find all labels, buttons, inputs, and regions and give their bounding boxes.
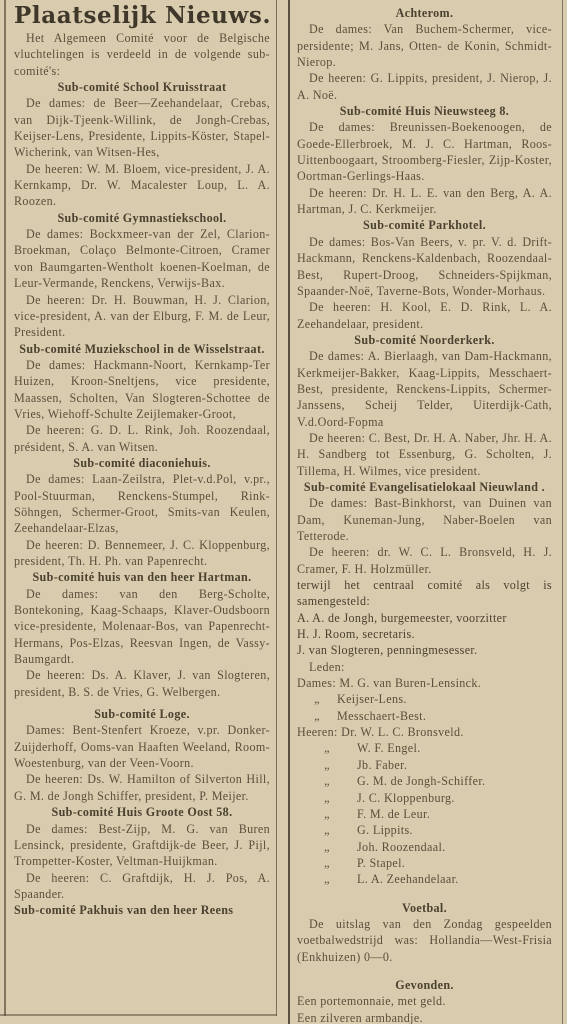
- section-heading: Sub-comité Huis Groote Oost 58.: [14, 804, 270, 820]
- officer-chair: A. A. de Jongh, burgemeester, voorzitter: [297, 610, 552, 626]
- section-heading: Sub-comité Gymnastiekschool.: [14, 210, 270, 226]
- ditto-mark: „: [297, 871, 357, 887]
- left-column: Plaatselijk Nieuws. Het Algemeen Comité …: [14, 0, 270, 919]
- member-name: G. M. de Jongh-Schiffer.: [357, 774, 485, 788]
- dames-paragraph: De dames: Bast-Binkhorst, van Duinen van…: [297, 495, 552, 544]
- newspaper-page: Plaatselijk Nieuws. Het Algemeen Comité …: [0, 0, 567, 1024]
- central-committee: terwijl het centraal comité als volgt is…: [297, 577, 552, 888]
- ditto-mark: „: [297, 708, 337, 724]
- dames-label: Dames:: [297, 676, 336, 690]
- section-heading: Voetbal.: [297, 900, 552, 916]
- section-heading: Sub-comité School Kruisstraat: [14, 79, 270, 95]
- heeren-member: „G. M. de Jongh-Schiffer.: [297, 773, 552, 789]
- section-heading: Achterom.: [297, 5, 552, 21]
- dames-paragraph: De dames: de Beer—Zeehandelaar, Crebas, …: [14, 95, 270, 160]
- member-name: F. M. de Leur.: [357, 807, 430, 821]
- voetbal-paragraph: De uitslag van den Zondag gespeelden voe…: [297, 916, 552, 965]
- section-heading-pakhuis: Sub-comité Pakhuis van den heer Reens: [14, 902, 270, 918]
- subcommittee-school-kruisstraat: Sub-comité School Kruisstraat De dames: …: [14, 79, 270, 210]
- subcommittee-noorderkerk: Sub-comité Noorderkerk. De dames: A. Bie…: [297, 332, 552, 479]
- member-name: Messchaert-Best.: [337, 709, 426, 723]
- heeren-paragraph: De heeren: C. Best, Dr. H. A. Naber, Jhr…: [297, 430, 552, 479]
- masthead-title: Plaatselijk Nieuws.: [14, 2, 270, 30]
- found-item: Een portemonnaie, met geld.: [297, 993, 552, 1009]
- member-name: Joh. Roozendaal.: [357, 840, 446, 854]
- heeren-member: „F. M. de Leur.: [297, 806, 552, 822]
- column-rule-right: [562, 0, 563, 1024]
- heeren-member: „G. Lippits.: [297, 822, 552, 838]
- section-heading: Sub-comité Noorderkerk.: [297, 332, 552, 348]
- subcommittee-loge: Sub-comité Loge. Dames: Bent-Stenfert Kr…: [14, 706, 270, 804]
- heeren-member: „J. C. Kloppenburg.: [297, 790, 552, 806]
- dames-paragraph: De dames: Bos-Van Beers, v. pr. V. d. Dr…: [297, 234, 552, 299]
- section-heading: Sub-comité Evangelisatielokaal Nieuwland…: [297, 479, 552, 495]
- gevonden-article: Gevonden. Een portemonnaie, met geld. Ee…: [297, 977, 552, 1024]
- subcommittee-muziekschool: Sub-comité Muziekschool in de Wisselstra…: [14, 341, 270, 455]
- ditto-mark: „: [297, 773, 357, 789]
- member-name: Dr. W. L. C. Bronsveld.: [341, 725, 464, 739]
- heeren-member: „P. Stapel.: [297, 855, 552, 871]
- dames-paragraph: De dames: Breunissen-Boekenoogen, de Goe…: [297, 119, 552, 184]
- dames-paragraph: De dames: A. Bierlaagh, van Dam-Hackmann…: [297, 348, 552, 430]
- subcommittee-diaconiehuis: Sub-comité diaconiehuis. De dames: Laan-…: [14, 455, 270, 569]
- section-heading: Sub-comité Loge.: [14, 706, 270, 722]
- column-rule-left: [4, 0, 6, 1016]
- ditto-mark: „: [297, 740, 357, 756]
- heeren-paragraph: De heeren: G. Lippits, president, J. Nie…: [297, 70, 552, 103]
- subcommittee-groote-oost: Sub-comité Huis Groote Oost 58. De dames…: [14, 804, 270, 902]
- heeren-paragraph: De heeren: dr. W. C. L. Bronsveld, H. J.…: [297, 544, 552, 577]
- dames-member: „Keijser-Lens.: [297, 691, 552, 707]
- member-name: J. C. Kloppenburg.: [357, 791, 455, 805]
- heeren-member: „L. A. Zeehandelaar.: [297, 871, 552, 887]
- section-heading: Sub-comité Huis Nieuwsteeg 8.: [297, 103, 552, 119]
- subcommittee-parkhotel: Sub-comité Parkhotel. De dames: Bos-Van …: [297, 217, 552, 331]
- dames-member: „Messchaert-Best.: [297, 708, 552, 724]
- found-item: Een zilveren armbandje.: [297, 1010, 552, 1024]
- heeren-paragraph: De heeren: G. D. L. Rink, Joh. Roozendaa…: [14, 422, 270, 455]
- dames-paragraph: De dames: Van Buchem-Schermer, vice-pers…: [297, 21, 552, 70]
- dames-paragraph: De dames: Hackmann-Noort, Kernkamp-Ter H…: [14, 357, 270, 422]
- column-rule-bottom: [0, 1014, 277, 1016]
- section-heading: Gevonden.: [297, 977, 552, 993]
- ditto-mark: „: [297, 790, 357, 806]
- subcommittee-achterom: Achterom. De dames: Van Buchem-Schermer,…: [297, 5, 552, 103]
- subcommittee-evangelisatielokaal: Sub-comité Evangelisatielokaal Nieuwland…: [297, 479, 552, 577]
- intro-paragraph: Het Algemeen Comité voor de Belgische vl…: [14, 30, 270, 79]
- heeren-paragraph: De heeren: D. Bennemeer, J. C. Kloppenbu…: [14, 537, 270, 570]
- officer-secretary: H. J. Room, secretaris.: [297, 626, 552, 642]
- leden-label: Leden:: [297, 659, 552, 675]
- heeren-paragraph: De heeren: Dr. H. L. E. van den Berg, A.…: [297, 185, 552, 218]
- ditto-mark: „: [297, 691, 337, 707]
- dames-member: Dames: M. G. van Buren-Lensinck.: [297, 675, 552, 691]
- heeren-member: „W. F. Engel.: [297, 740, 552, 756]
- officer-treasurer: J. van Slogteren, penningmesesser.: [297, 642, 552, 658]
- dames-paragraph: De dames: Best-Zijp, M. G. van Buren Len…: [14, 821, 270, 870]
- heeren-member: Heeren: Dr. W. L. C. Bronsveld.: [297, 724, 552, 740]
- dames-paragraph: Dames: Bent-Stenfert Kroeze, v.pr. Donke…: [14, 722, 270, 771]
- heeren-paragraph: De heeren: W. M. Bloem, vice-president, …: [14, 161, 270, 210]
- right-column: Achterom. De dames: Van Buchem-Schermer,…: [297, 5, 552, 1024]
- dames-paragraph: De dames: Laan-Zeilstra, Plet-v.d.Pol, v…: [14, 471, 270, 536]
- member-name: M. G. van Buren-Lensinck.: [339, 676, 481, 690]
- member-name: L. A. Zeehandelaar.: [357, 872, 459, 886]
- member-name: P. Stapel.: [357, 856, 405, 870]
- section-heading: Sub-comité Parkhotel.: [297, 217, 552, 233]
- column-rule-middle-outer: [288, 0, 290, 1024]
- heeren-paragraph: De heeren: Dr. H. Bouwman, H. J. Clarion…: [14, 292, 270, 341]
- section-heading: Sub-comité huis van den heer Hartman.: [14, 569, 270, 585]
- section-heading: Sub-comité diaconiehuis.: [14, 455, 270, 471]
- subcommittee-gymnastiekschool: Sub-comité Gymnastiekschool. De dames: B…: [14, 210, 270, 341]
- section-heading: Sub-comité Muziekschool in de Wisselstra…: [14, 341, 270, 357]
- subcommittee-huis-hartman: Sub-comité huis van den heer Hartman. De…: [14, 569, 270, 700]
- ditto-mark: „: [297, 757, 357, 773]
- member-name: G. Lippits.: [357, 823, 413, 837]
- heeren-paragraph: De heeren: Ds. W. Hamilton of Silverton …: [14, 771, 270, 804]
- ditto-mark: „: [297, 806, 357, 822]
- subcommittee-nieuwsteeg: Sub-comité Huis Nieuwsteeg 8. De dames: …: [297, 103, 552, 217]
- central-intro: terwijl het centraal comité als volgt is…: [297, 577, 552, 610]
- ditto-mark: „: [297, 839, 357, 855]
- heeren-label: Heeren:: [297, 725, 338, 739]
- member-name: Jb. Faber.: [357, 758, 407, 772]
- heeren-member: „Joh. Roozendaal.: [297, 839, 552, 855]
- member-name: Keijser-Lens.: [337, 692, 407, 706]
- ditto-mark: „: [297, 855, 357, 871]
- dames-paragraph: De dames: Bockxmeer-van der Zel, Clarion…: [14, 226, 270, 291]
- member-name: W. F. Engel.: [357, 741, 421, 755]
- heeren-paragraph: De heeren: Ds. A. Klaver, J. van Slogter…: [14, 667, 270, 700]
- dames-paragraph: De dames: van den Berg-Scholte, Bontekon…: [14, 586, 270, 668]
- heeren-paragraph: De heeren: C. Graftdijk, H. J. Pos, A. S…: [14, 870, 270, 903]
- heeren-member: „Jb. Faber.: [297, 757, 552, 773]
- ditto-mark: „: [297, 822, 357, 838]
- heeren-paragraph: De heeren: H. Kool, E. D. Rink, L. A. Ze…: [297, 299, 552, 332]
- voetbal-article: Voetbal. De uitslag van den Zondag gespe…: [297, 900, 552, 965]
- column-rule-middle-inner: [276, 0, 277, 1016]
